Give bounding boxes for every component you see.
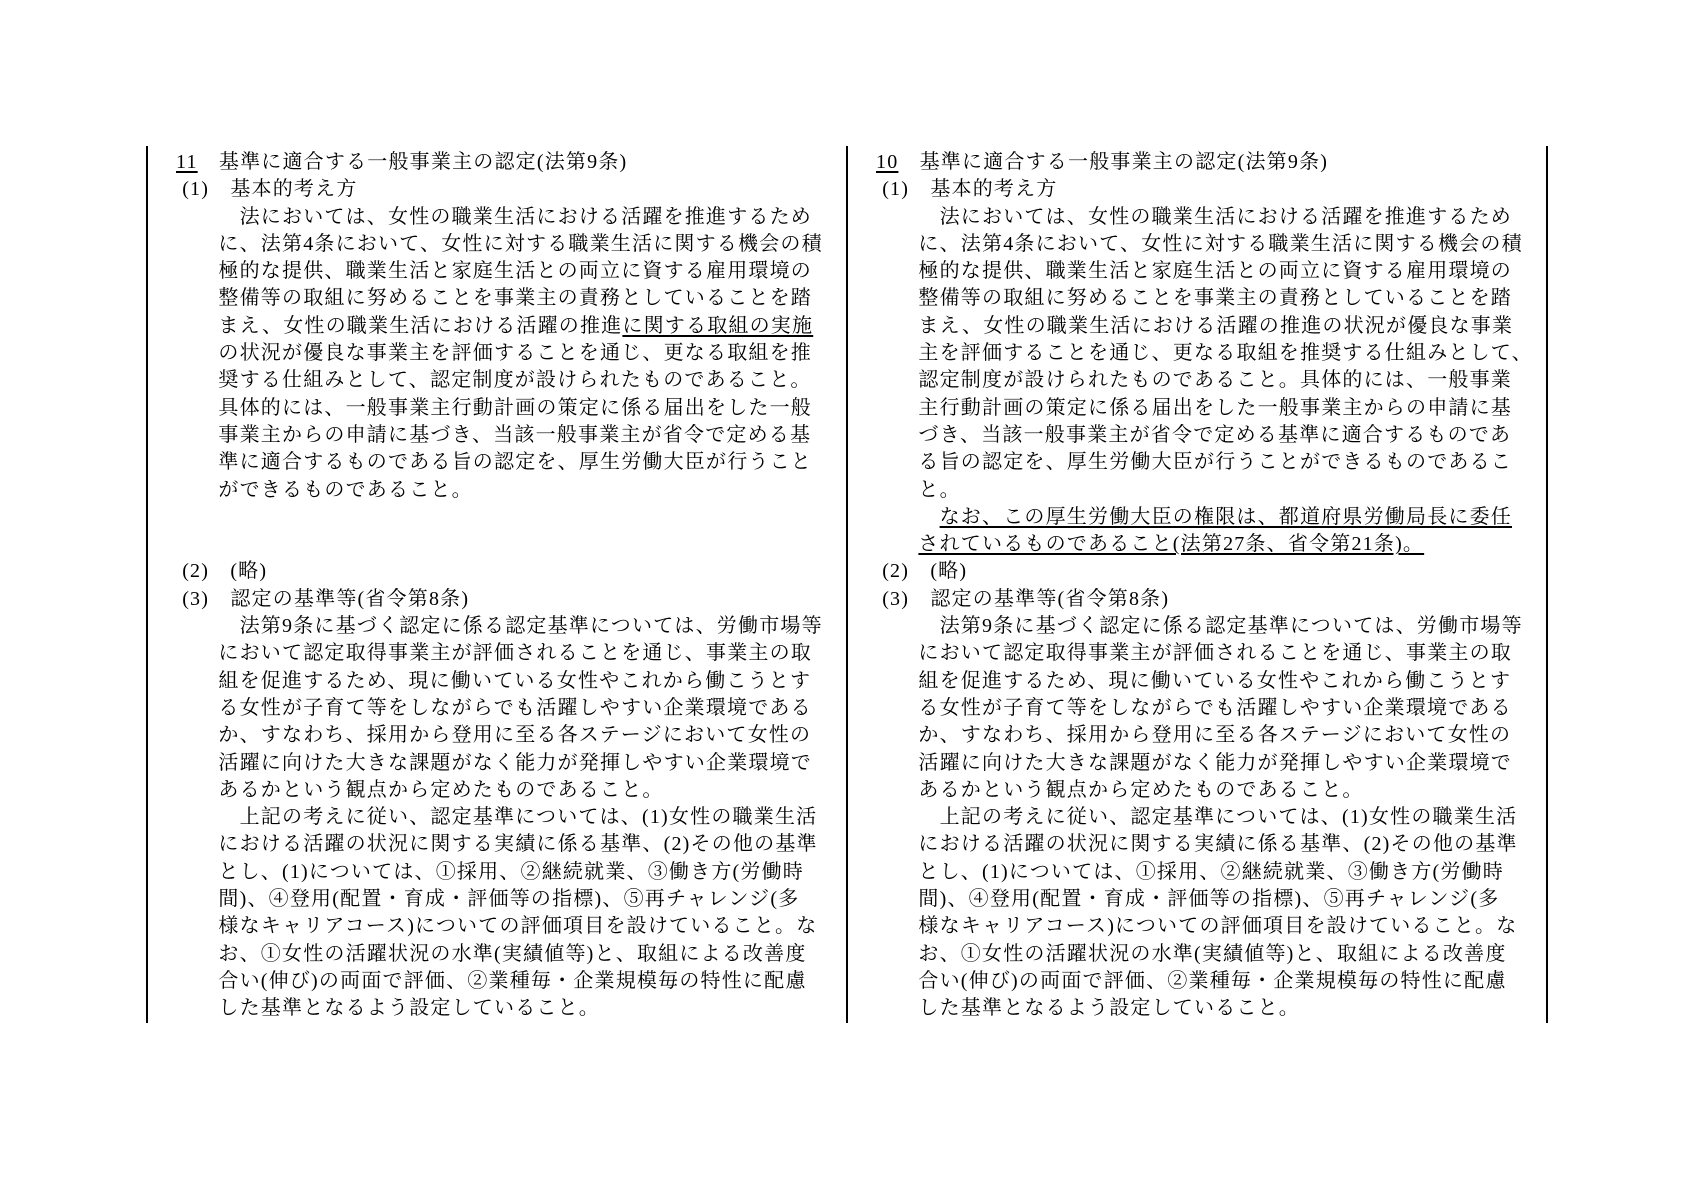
text-line: 法第9条に基づく認定に係る認定基準については、労働市場等 xyxy=(176,613,846,640)
underlined-text-segment: 10 xyxy=(876,151,898,173)
text-segment: 様なキャリアコース)についての評価項目を設けていること。な xyxy=(176,915,817,937)
text-line: まえ、女性の職業生活における活躍の推進に関する取組の実施 xyxy=(176,313,846,340)
text-segment: 極的な提供、職業生活と家庭生活との両立に資する雇用環境の xyxy=(176,260,812,282)
text-line: あるかという観点から定めたものであること。 xyxy=(876,777,1546,804)
text-line: ができるものであること。 xyxy=(176,477,846,504)
text-segment: (3) 認定の基準等(省令第8条) xyxy=(876,588,1169,610)
text-line: とし、(1)については、①採用、②継続就業、③働き方(労働時 xyxy=(876,859,1546,886)
text-line: 整備等の取組に努めることを事業主の責務としていることを踏 xyxy=(876,285,1546,312)
text-line: とし、(1)については、①採用、②継続就業、③働き方(労働時 xyxy=(176,859,846,886)
text-line: (1) 基本的考え方 xyxy=(876,176,1546,203)
text-line: (2) (略) xyxy=(176,558,846,585)
column-previous-text: 10 基準に適合する一般事業主の認定(法第9条) (1) 基本的考え方 法におい… xyxy=(846,146,1548,1023)
text-segment: 間)、④登用(配置・育成・評価等の指標)、⑤再チャレンジ(多 xyxy=(876,888,1499,910)
text-segment: とし、(1)については、①採用、②継続就業、③働き方(労働時 xyxy=(876,861,1504,883)
text-line: 法においては、女性の職業生活における活躍を推進するため xyxy=(876,204,1546,231)
text-segment: 活躍に向けた大きな課題がなく能力が発揮しやすい企業環境で xyxy=(876,752,1512,774)
comparison-table: 11 基準に適合する一般事業主の認定(法第9条) (1) 基本的考え方 法におい… xyxy=(146,146,1548,1023)
text-segment: した基準となるよう設定していること。 xyxy=(876,997,1300,1019)
text-line: 整備等の取組に努めることを事業主の責務としていることを踏 xyxy=(176,285,846,312)
text-segment: づき、当該一般事業主が省令で定める基準に適合するものであ xyxy=(876,424,1511,446)
text-line: 奨する仕組みとして、認定制度が設けられたものであること。 xyxy=(176,367,846,394)
text-line: 合い(伸び)の両面で評価、②業種毎・企業規模毎の特性に配慮 xyxy=(176,968,846,995)
text-segment: 法においては、女性の職業生活における活躍を推進するため xyxy=(876,206,1512,228)
text-segment: とし、(1)については、①採用、②継続就業、③働き方(労働時 xyxy=(176,861,804,883)
text-segment: 法においては、女性の職業生活における活躍を推進するため xyxy=(176,206,812,228)
text-segment: に、法第4条において、女性に対する職業生活に関する機会の積 xyxy=(876,233,1523,255)
text-segment: 合い(伸び)の両面で評価、②業種毎・企業規模毎の特性に配慮 xyxy=(176,970,807,992)
text-segment: における活躍の状況に関する実績に係る基準、(2)その他の基準 xyxy=(176,833,818,855)
underlined-text-segment: に関する取組の実施 xyxy=(622,315,813,337)
text-line: した基準となるよう設定していること。 xyxy=(876,995,1546,1022)
text-line: る女性が子育て等をしながらでも活躍しやすい企業環境である xyxy=(876,695,1546,722)
text-segment: と。 xyxy=(876,479,961,501)
text-line: 事業主からの申請に基づき、当該一般事業主が省令で定める基 xyxy=(176,422,846,449)
text-segment: 組を促進するため、現に働いている女性やこれから働こうとす xyxy=(876,670,1511,692)
text-line: (3) 認定の基準等(省令第8条) xyxy=(876,586,1546,613)
text-line: 極的な提供、職業生活と家庭生活との両立に資する雇用環境の xyxy=(876,258,1546,285)
text-segment: 様なキャリアコース)についての評価項目を設けていること。な xyxy=(876,915,1517,937)
text-segment: 具体的には、一般事業主行動計画の策定に係る届出をした一般 xyxy=(176,397,812,419)
text-line: における活躍の状況に関する実績に係る基準、(2)その他の基準 xyxy=(876,831,1546,858)
text-segment: において認定取得事業主が評価されることを通じ、事業主の取 xyxy=(876,642,1512,664)
text-segment: か、すなわち、採用から登用に至る各ステージにおいて女性の xyxy=(176,724,811,746)
text-segment: に、法第4条において、女性に対する職業生活に関する機会の積 xyxy=(176,233,823,255)
text-line xyxy=(176,531,846,558)
text-segment: における活躍の状況に関する実績に係る基準、(2)その他の基準 xyxy=(876,833,1518,855)
underlined-text-segment: 11 xyxy=(176,151,198,173)
text-segment: る女性が子育て等をしながらでも活躍しやすい企業環境である xyxy=(176,697,812,719)
text-segment: 事業主からの申請に基づき、当該一般事業主が省令で定める基 xyxy=(176,424,811,446)
text-segment: の状況が優良な事業主を評価することを通じ、更なる取組を推 xyxy=(176,342,812,364)
text-line: 様なキャリアコース)についての評価項目を設けていること。な xyxy=(876,913,1546,940)
text-line: に、法第4条において、女性に対する職業生活に関する機会の積 xyxy=(876,231,1546,258)
text-line: 間)、④登用(配置・育成・評価等の指標)、⑤再チャレンジ(多 xyxy=(176,886,846,913)
text-segment: (2) (略) xyxy=(876,560,967,582)
text-line: 法第9条に基づく認定に係る認定基準については、労働市場等 xyxy=(876,613,1546,640)
text-segment: 認定制度が設けられたものであること。具体的には、一般事業 xyxy=(876,369,1512,391)
text-segment: した基準となるよう設定していること。 xyxy=(176,997,600,1019)
text-line: 11 基準に適合する一般事業主の認定(法第9条) xyxy=(176,149,846,176)
text-segment: あるかという観点から定めたものであること。 xyxy=(176,779,664,801)
text-segment: る旨の認定を、厚生労働大臣が行うことができるものであるこ xyxy=(876,451,1512,473)
text-line: 認定制度が設けられたものであること。具体的には、一般事業 xyxy=(876,367,1546,394)
text-line: (2) (略) xyxy=(876,558,1546,585)
text-segment: 活躍に向けた大きな課題がなく能力が発揮しやすい企業環境で xyxy=(176,752,812,774)
text-segment: 準に適合するものである旨の認定を、厚生労働大臣が行うこと xyxy=(176,451,812,473)
text-line: あるかという観点から定めたものであること。 xyxy=(176,777,846,804)
text-segment: 法第9条に基づく認定に係る認定基準については、労働市場等 xyxy=(876,615,1523,637)
text-segment: る女性が子育て等をしながらでも活躍しやすい企業環境である xyxy=(876,697,1512,719)
text-segment xyxy=(876,533,918,555)
text-line: において認定取得事業主が評価されることを通じ、事業主の取 xyxy=(176,640,846,667)
text-segment: 奨する仕組みとして、認定制度が設けられたものであること。 xyxy=(176,369,812,391)
text-line: る旨の認定を、厚生労働大臣が行うことができるものであるこ xyxy=(876,449,1546,476)
text-segment: 合い(伸び)の両面で評価、②業種毎・企業規模毎の特性に配慮 xyxy=(876,970,1507,992)
text-segment: 整備等の取組に努めることを事業主の責務としていることを踏 xyxy=(876,287,1512,309)
text-segment: まえ、女性の職業生活における活躍の推進 xyxy=(176,315,622,337)
text-line: 上記の考えに従い、認定基準については、(1)女性の職業生活 xyxy=(876,804,1546,831)
text-segment: において認定取得事業主が評価されることを通じ、事業主の取 xyxy=(176,642,812,664)
text-segment: ができるものであること。 xyxy=(176,479,473,501)
text-line: か、すなわち、採用から登用に至る各ステージにおいて女性の xyxy=(876,722,1546,749)
text-segment: 組を促進するため、現に働いている女性やこれから働こうとす xyxy=(176,670,811,692)
text-line xyxy=(176,504,846,531)
text-line: 準に適合するものである旨の認定を、厚生労働大臣が行うこと xyxy=(176,449,846,476)
text-segment: (1) 基本的考え方 xyxy=(876,178,1058,200)
text-line: 10 基準に適合する一般事業主の認定(法第9条) xyxy=(876,149,1546,176)
text-line: 極的な提供、職業生活と家庭生活との両立に資する雇用環境の xyxy=(176,258,846,285)
text-segment: お、①女性の活躍状況の水準(実績値等)と、取組による改善度 xyxy=(876,943,1507,965)
text-line: なお、この厚生労働大臣の権限は、都道府県労働局長に委任 xyxy=(876,504,1546,531)
text-line: 活躍に向けた大きな課題がなく能力が発揮しやすい企業環境で xyxy=(176,750,846,777)
text-line: に、法第4条において、女性に対する職業生活に関する機会の積 xyxy=(176,231,846,258)
text-segment: 主行動計画の策定に係る届出をした一般事業主からの申請に基 xyxy=(876,397,1512,419)
text-line: 組を促進するため、現に働いている女性やこれから働こうとす xyxy=(176,668,846,695)
text-segment: 上記の考えに従い、認定基準については、(1)女性の職業生活 xyxy=(876,806,1517,828)
text-line: (3) 認定の基準等(省令第8条) xyxy=(176,586,846,613)
text-line: 上記の考えに従い、認定基準については、(1)女性の職業生活 xyxy=(176,804,846,831)
text-line: 間)、④登用(配置・育成・評価等の指標)、⑤再チャレンジ(多 xyxy=(876,886,1546,913)
text-line: における活躍の状況に関する実績に係る基準、(2)その他の基準 xyxy=(176,831,846,858)
text-segment: (1) 基本的考え方 xyxy=(176,178,358,200)
text-segment: 主を評価することを通じ、更なる取組を推奨する仕組みとして、 xyxy=(876,342,1533,364)
text-segment: お、①女性の活躍状況の水準(実績値等)と、取組による改善度 xyxy=(176,943,807,965)
text-segment: 上記の考えに従い、認定基準については、(1)女性の職業生活 xyxy=(176,806,817,828)
text-segment: (2) (略) xyxy=(176,560,267,582)
text-line: まえ、女性の職業生活における活躍の推進の状況が優良な事業 xyxy=(876,313,1546,340)
text-line: か、すなわち、採用から登用に至る各ステージにおいて女性の xyxy=(176,722,846,749)
text-segment: 法第9条に基づく認定に係る認定基準については、労働市場等 xyxy=(176,615,823,637)
text-line: の状況が優良な事業主を評価することを通じ、更なる取組を推 xyxy=(176,340,846,367)
column-revised-text: 11 基準に適合する一般事業主の認定(法第9条) (1) 基本的考え方 法におい… xyxy=(146,146,846,1023)
text-segment: 間)、④登用(配置・育成・評価等の指標)、⑤再チャレンジ(多 xyxy=(176,888,799,910)
text-segment: まえ、女性の職業生活における活躍の推進の状況が優良な事業 xyxy=(876,315,1513,337)
text-line: お、①女性の活躍状況の水準(実績値等)と、取組による改善度 xyxy=(876,941,1546,968)
text-line: (1) 基本的考え方 xyxy=(176,176,846,203)
text-line: る女性が子育て等をしながらでも活躍しやすい企業環境である xyxy=(176,695,846,722)
text-line: 合い(伸び)の両面で評価、②業種毎・企業規模毎の特性に配慮 xyxy=(876,968,1546,995)
text-line: 主行動計画の策定に係る届出をした一般事業主からの申請に基 xyxy=(876,395,1546,422)
text-line: 活躍に向けた大きな課題がなく能力が発揮しやすい企業環境で xyxy=(876,750,1546,777)
text-segment xyxy=(876,506,940,528)
text-line: した基準となるよう設定していること。 xyxy=(176,995,846,1022)
text-segment: (3) 認定の基準等(省令第8条) xyxy=(176,588,469,610)
text-segment: 基準に適合する一般事業主の認定(法第9条) xyxy=(198,151,628,173)
text-line: お、①女性の活躍状況の水準(実績値等)と、取組による改善度 xyxy=(176,941,846,968)
underlined-text-segment: なお、この厚生労働大臣の権限は、都道府県労働局長に委任 xyxy=(940,506,1512,528)
text-line: 具体的には、一般事業主行動計画の策定に係る届出をした一般 xyxy=(176,395,846,422)
text-line: 様なキャリアコース)についての評価項目を設けていること。な xyxy=(176,913,846,940)
text-segment: 整備等の取組に努めることを事業主の責務としていることを踏 xyxy=(176,287,812,309)
text-line: 主を評価することを通じ、更なる取組を推奨する仕組みとして、 xyxy=(876,340,1546,367)
text-segment: 基準に適合する一般事業主の認定(法第9条) xyxy=(898,151,1328,173)
text-line: づき、当該一般事業主が省令で定める基準に適合するものであ xyxy=(876,422,1546,449)
text-line: 組を促進するため、現に働いている女性やこれから働こうとす xyxy=(876,668,1546,695)
text-line: 法においては、女性の職業生活における活躍を推進するため xyxy=(176,204,846,231)
text-line: されているものであること(法第27条、省令第21条)。 xyxy=(876,531,1546,558)
text-segment: あるかという観点から定めたものであること。 xyxy=(876,779,1364,801)
text-segment: か、すなわち、採用から登用に至る各ステージにおいて女性の xyxy=(876,724,1511,746)
text-line: において認定取得事業主が評価されることを通じ、事業主の取 xyxy=(876,640,1546,667)
underlined-text-segment: されているものであること(法第27条、省令第21条)。 xyxy=(918,533,1424,555)
text-line: と。 xyxy=(876,477,1546,504)
text-segment: 極的な提供、職業生活と家庭生活との両立に資する雇用環境の xyxy=(876,260,1512,282)
